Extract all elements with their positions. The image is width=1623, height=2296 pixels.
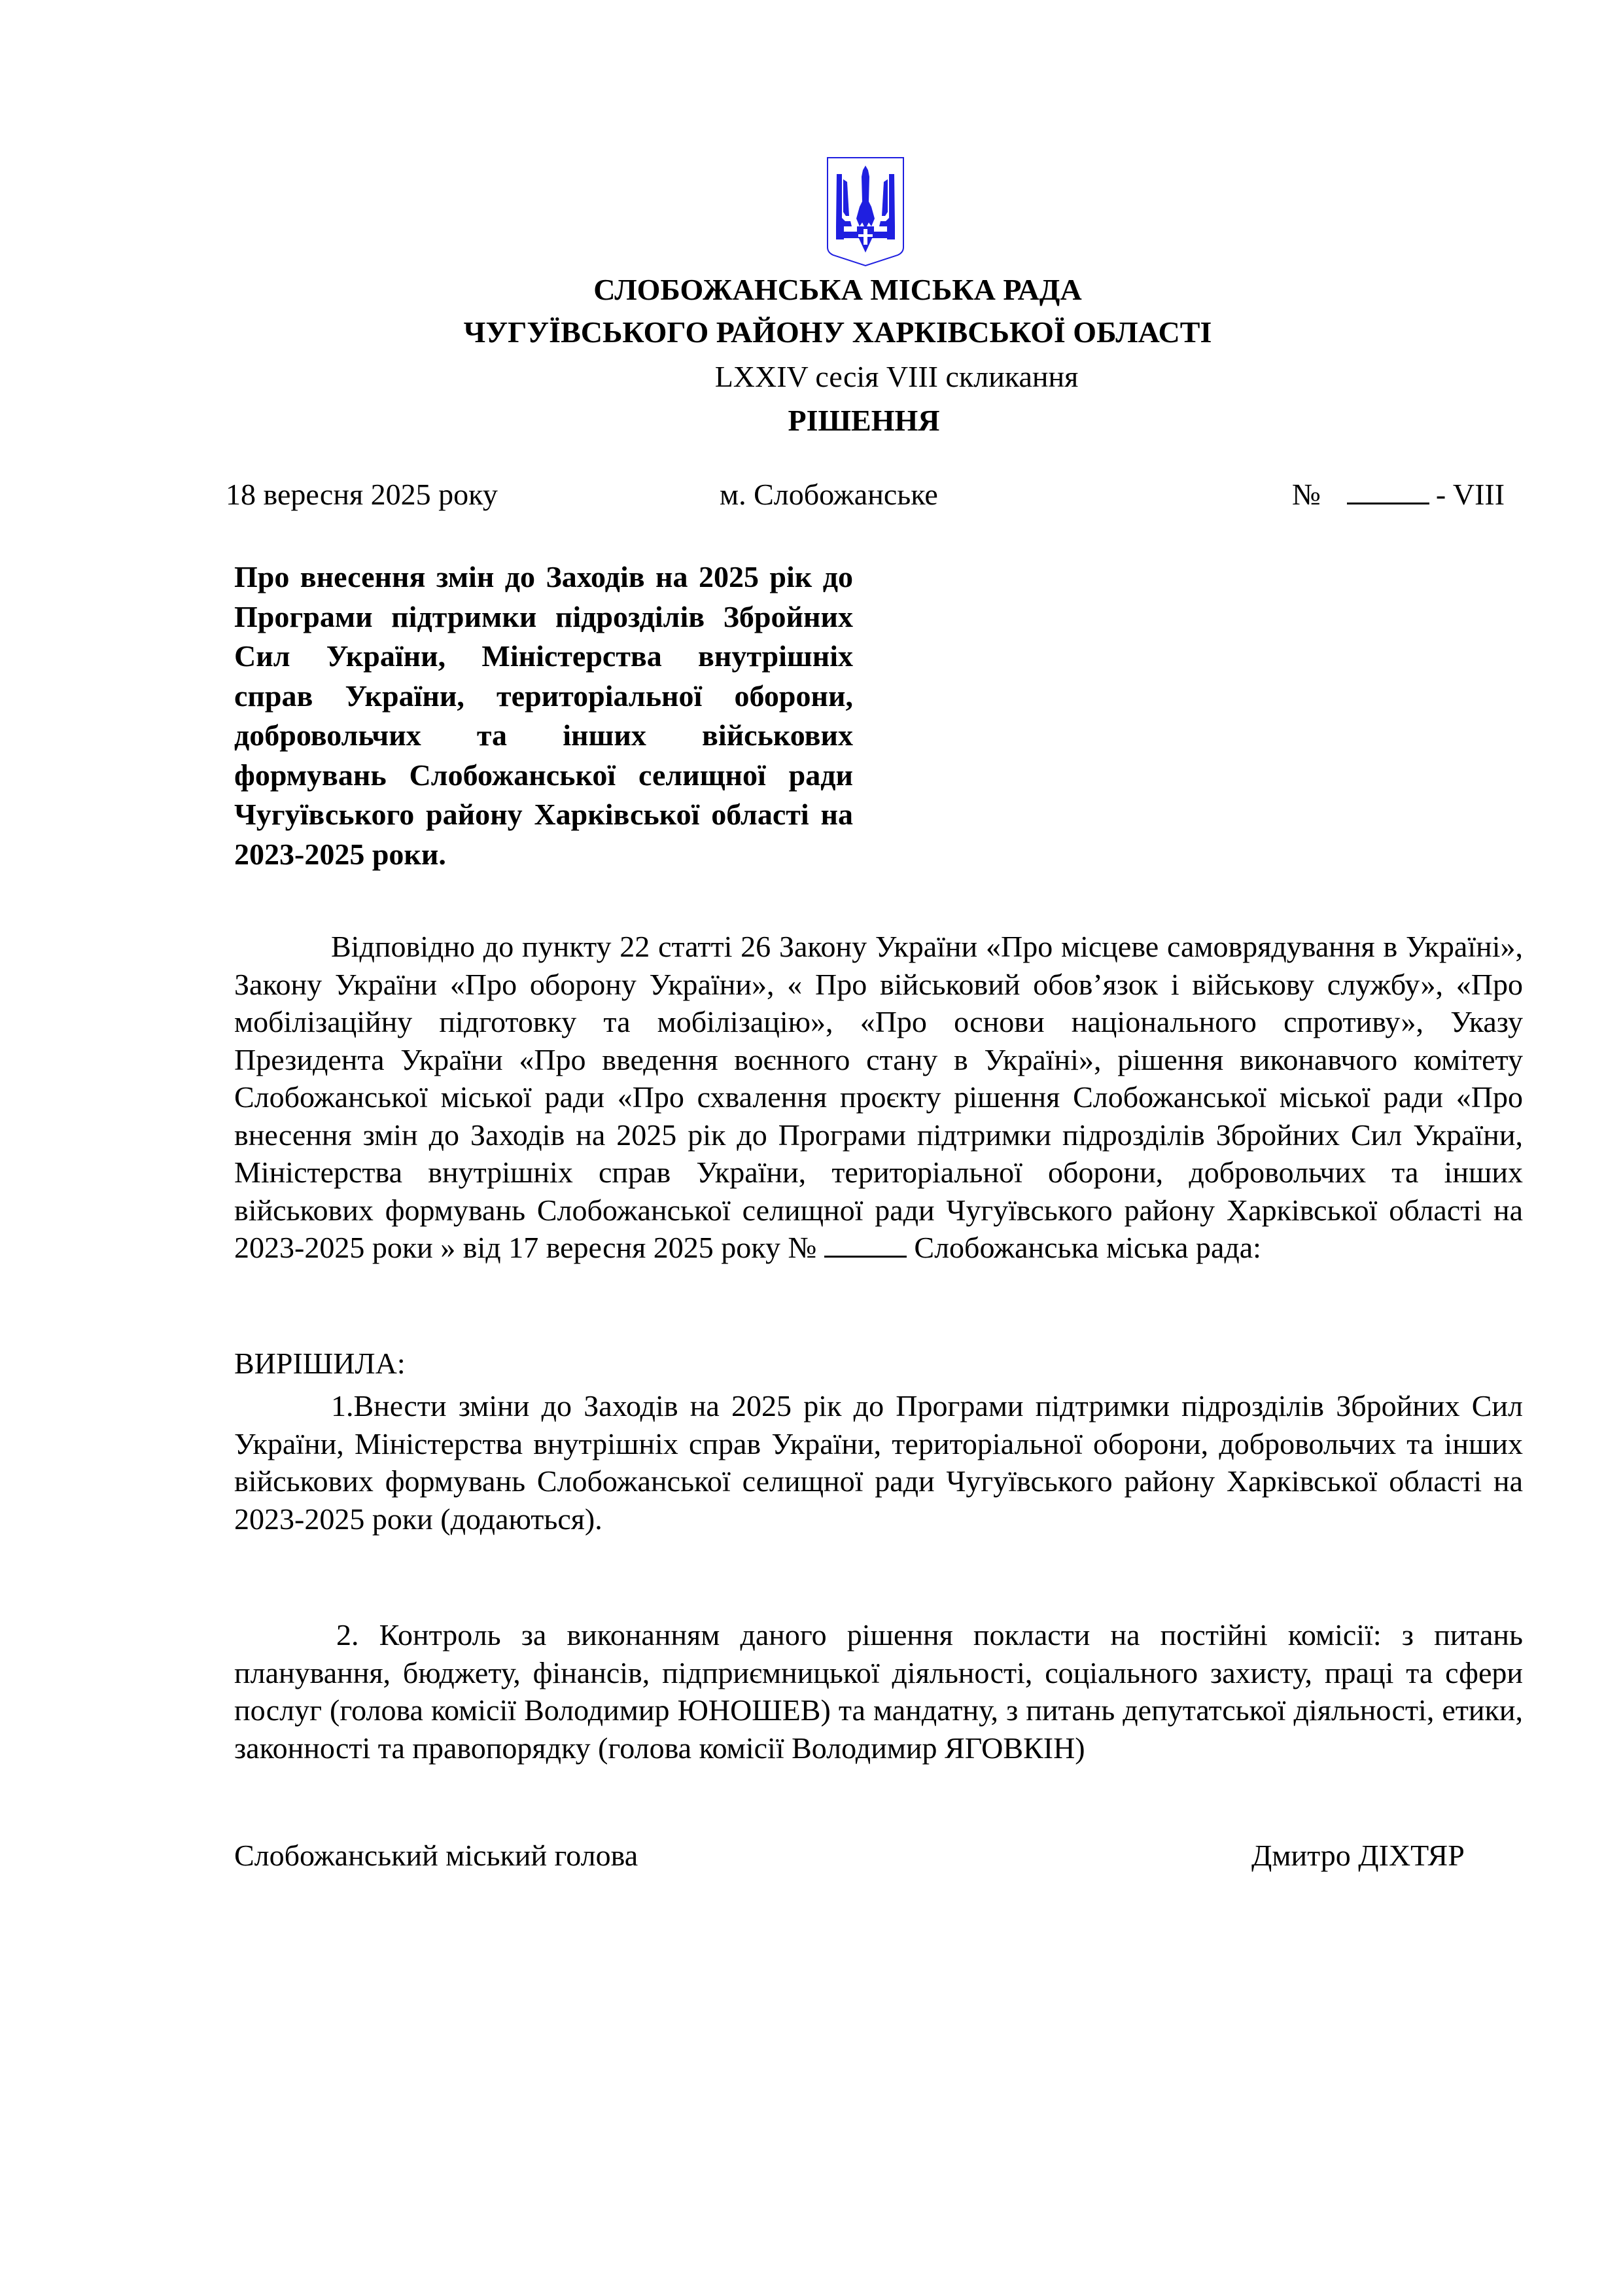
basis-text: Відповідно до пункту 22 статті 26 Закону… [234,930,1523,1264]
number-blank-field [1347,476,1429,504]
decision-subject: Про внесення змін до Заходів на 2025 рік… [234,557,853,874]
decision-date: 18 вересня 2025 року [226,476,498,513]
document-page: СЛОБОЖАНСЬКА МІСЬКА РАДА ЧУГУЇВСЬКОГО РА… [0,0,1623,2296]
district-name: ЧУГУЇВСЬКОГО РАЙОНУ ХАРКІВСЬКОЇ ОБЛАСТІ [26,314,1623,351]
basis-tail: Слобожанська міська рада: [907,1231,1261,1264]
document-type: РІШЕННЯ [52,402,1623,439]
resolved-heading: ВИРІШИЛА: [234,1345,1523,1383]
signatory-title: Слобожанський міський голова [234,1837,638,1874]
decision-place: м. Слобожанське [720,476,938,513]
referenced-number-blank [824,1229,907,1258]
council-name: СЛОБОЖАНСЬКА МІСЬКА РАДА [26,272,1623,308]
item-2-text: 2. Контроль за виконанням даного рішення… [234,1618,1523,1765]
number-sign: № [1292,478,1321,511]
decision-number: №- VIII [1292,476,1505,513]
number-suffix: - VIII [1436,478,1505,511]
coat-of-arms-trident-icon [826,156,905,267]
resolution-item-2: 2. Контроль за виконанням даного рішення… [234,1616,1523,1767]
basis-paragraph: Відповідно до пункту 22 статті 26 Закону… [234,928,1523,1267]
resolution-item-1: 1.Внести зміни до Заходів на 2025 рік до… [234,1387,1523,1538]
signatory-name: Дмитро ДІХТЯР [1251,1837,1465,1874]
session-label: LXXIV сесія VIII скликання [85,359,1623,395]
item-1-text: 1.Внести зміни до Заходів на 2025 рік до… [234,1389,1523,1536]
